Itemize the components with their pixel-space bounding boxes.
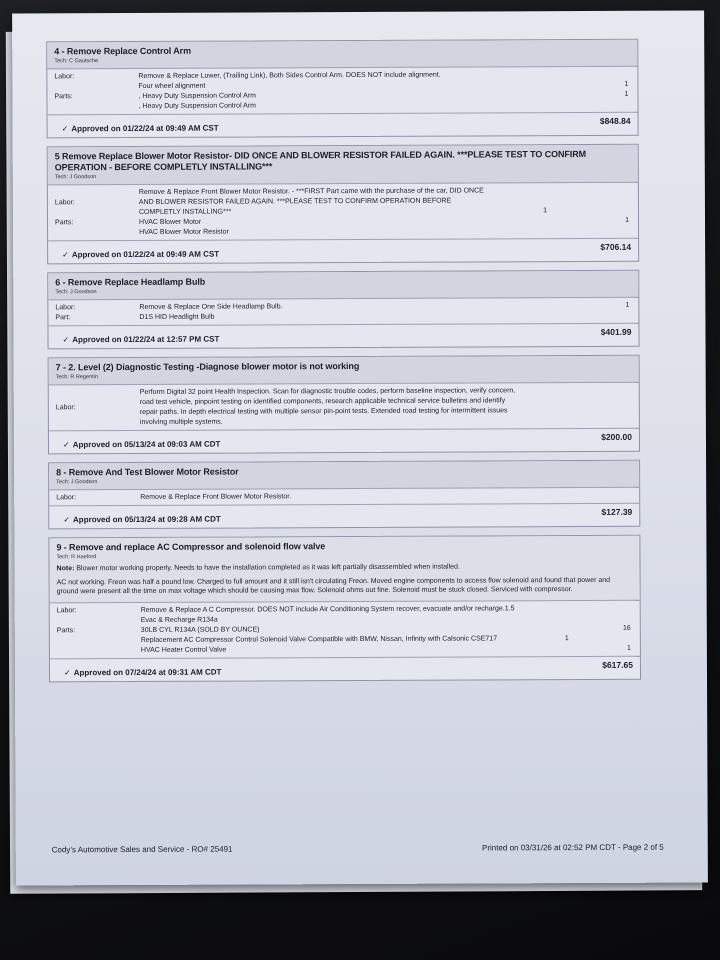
job-lines: Labor: Remove & Replace A C Compressor. …	[50, 601, 640, 659]
approval-status: ✓Approved on 01/22/24 at 12:57 PM CST	[62, 329, 219, 345]
job-price: $617.65	[602, 660, 633, 670]
job-header: 8 - Remove And Test Blower Motor Resisto…	[49, 461, 639, 491]
job-footer: ✓Approved on 05/13/24 at 09:03 AM CDT $2…	[49, 428, 639, 454]
approval-status: ✓Approved on 01/22/24 at 09:49 AM CST	[62, 118, 219, 134]
labor-line: Labor: Remove & Replace Front Blower Mot…	[56, 491, 632, 504]
parts-label: Parts:	[54, 92, 138, 102]
job-footer: ✓Approved on 01/22/24 at 09:49 AM CST $7…	[48, 238, 638, 264]
approval-status: ✓Approved on 01/22/24 at 09:49 AM CST	[62, 244, 219, 260]
job-card: 4 - Remove Replace Control Arm Tech: C G…	[46, 39, 638, 139]
part-line: HVAC Heater Control Valve 1	[57, 644, 633, 657]
job-footer: ✓Approved on 01/22/24 at 12:57 PM CST $4…	[48, 323, 638, 349]
parts-label: Part:	[55, 313, 139, 323]
labor-label: Labor:	[55, 303, 139, 313]
job-footer: ✓Approved on 07/24/24 at 09:31 AM CDT $6…	[50, 656, 640, 682]
job-header: 6 - Remove Replace Headlamp Bulb Tech: J…	[48, 271, 638, 301]
labor-label: Labor:	[56, 403, 140, 413]
job-card: 8 - Remove And Test Blower Motor Resisto…	[48, 460, 640, 530]
job-card: 7 - 2. Level (2) Diagnostic Testing -Dia…	[48, 355, 640, 455]
job-card: 6 - Remove Replace Headlamp Bulb Tech: J…	[47, 270, 639, 350]
job-header: 4 - Remove Replace Control Arm Tech: C G…	[47, 40, 637, 70]
job-price: $848.84	[600, 116, 631, 126]
job-footer: ✓Approved on 05/13/24 at 09:28 AM CDT $1…	[49, 503, 639, 529]
approval-status: ✓Approved on 05/13/24 at 09:28 AM CDT	[63, 509, 221, 525]
note-label: Note:	[57, 565, 75, 572]
shop-ro-number: Cody's Automotive Sales and Service - RO…	[52, 845, 233, 855]
approval-status: ✓Approved on 05/13/24 at 09:03 AM CDT	[63, 434, 221, 450]
page-footer: Cody's Automotive Sales and Service - RO…	[52, 843, 664, 855]
job-price: $401.99	[601, 327, 632, 337]
check-icon: ✓	[63, 440, 70, 449]
check-icon: ✓	[63, 515, 70, 524]
job-lines: Labor: Remove & Replace One Side Headlam…	[48, 298, 638, 326]
document-page: 4 - Remove Replace Control Arm Tech: C G…	[12, 10, 708, 885]
part-line: Part: D1S HID Headlight Bulb	[55, 311, 631, 324]
job-footer: ✓Approved on 01/22/24 at 09:49 AM CST $8…	[48, 112, 638, 138]
part-line: , Heavy Duty Suspension Control Arm	[54, 100, 630, 113]
job-lines: Labor: Perform Digital 32 point Health I…	[49, 383, 639, 431]
check-icon: ✓	[62, 250, 69, 259]
job-header: 5 Remove Replace Blower Motor Resistor- …	[48, 145, 638, 186]
job-header: 7 - 2. Level (2) Diagnostic Testing -Dia…	[49, 356, 639, 386]
job-price: $706.14	[600, 242, 631, 252]
check-icon: ✓	[62, 124, 69, 133]
labor-label: Labor:	[56, 493, 140, 503]
job-price: $200.00	[601, 432, 632, 442]
labor-line: Labor: Remove & Replace Front Blower Mot…	[55, 186, 631, 219]
job-card: 5 Remove Replace Blower Motor Resistor- …	[47, 144, 640, 265]
part-line: HVAC Blower Motor Resistor	[55, 226, 631, 239]
print-info: Printed on 03/31/26 at 02:52 PM CDT - Pa…	[482, 843, 664, 853]
job-lines: Labor: Remove & Replace Front Blower Mot…	[48, 183, 638, 241]
labor-line: Labor: Perform Digital 32 point Health I…	[56, 386, 632, 429]
labor-label: Labor:	[57, 606, 141, 616]
job-price: $127.39	[602, 507, 633, 517]
job-description: AC not working. Freon was half a pound l…	[57, 573, 633, 600]
check-icon: ✓	[63, 335, 70, 344]
approval-status: ✓Approved on 07/24/24 at 09:31 AM CDT	[64, 662, 222, 678]
job-title: 5 Remove Replace Blower Motor Resistor- …	[55, 149, 631, 174]
parts-label: Parts:	[55, 218, 139, 228]
labor-label: Labor:	[54, 72, 138, 82]
job-card: 9 - Remove and replace AC Compressor and…	[48, 535, 641, 683]
parts-label: Parts:	[57, 626, 141, 636]
job-list: 4 - Remove Replace Control Arm Tech: C G…	[46, 39, 641, 691]
labor-label: Labor:	[55, 198, 139, 208]
job-header: 9 - Remove and replace AC Compressor and…	[49, 536, 639, 604]
job-lines: Labor: Remove & Replace Lower, (Trailing…	[47, 67, 637, 115]
check-icon: ✓	[64, 668, 71, 677]
